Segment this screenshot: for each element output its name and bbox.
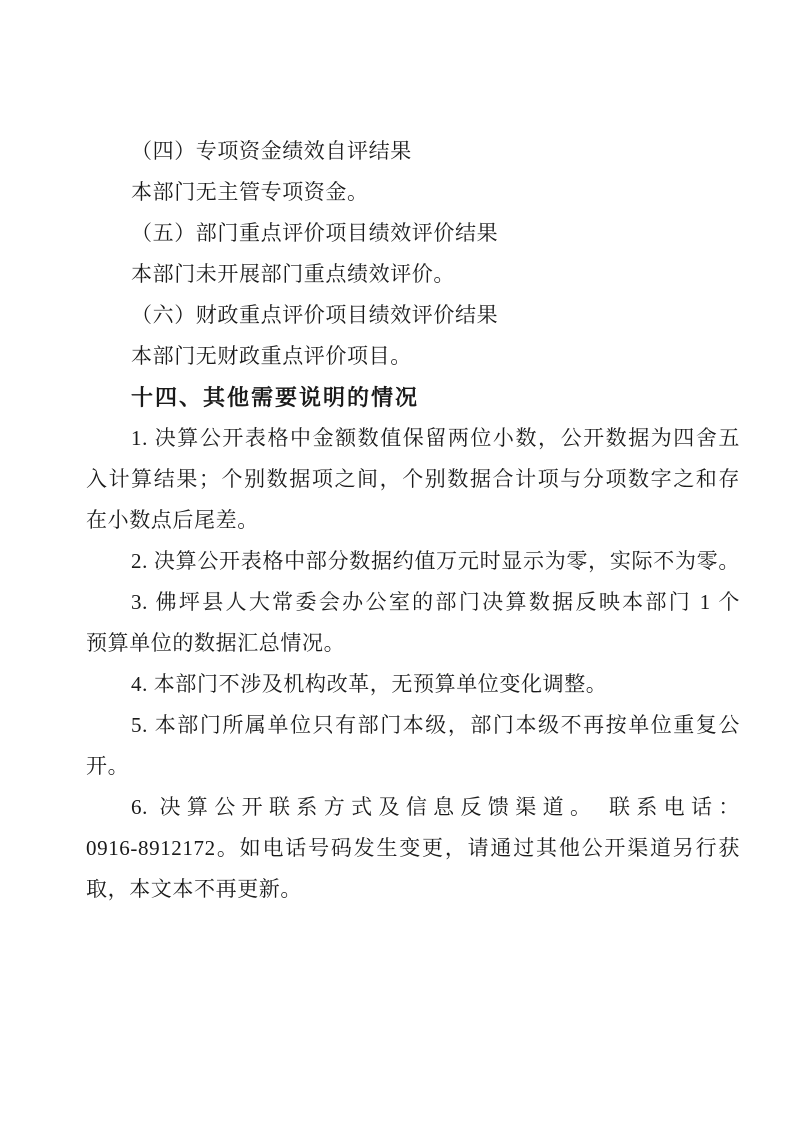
- para-note2: 2. 决算公开表格中部分数据约值万元时显示为零，实际不为零。: [86, 541, 740, 582]
- subsection-heading-5: （五）部门重点评价项目绩效评价结果: [86, 213, 740, 254]
- para-note1-line2: 入计算结果；个别数据项之间，个别数据合计项与分项数字之和存: [86, 459, 740, 500]
- para-note5-line2: 开。: [86, 746, 740, 787]
- subsection-heading-4: （四）专项资金绩效自评结果: [86, 131, 740, 172]
- subsection-heading-6: （六）财政重点评价项目绩效评价结果: [86, 295, 740, 336]
- para-note6-line1: 6. 决算公开联系方式及信息反馈渠道。 联系电话：: [86, 787, 740, 828]
- para-note3-line1: 3. 佛坪县人大常委会办公室的部门决算数据反映本部门 1 个: [86, 582, 740, 623]
- para-no-finance-evaluation: 本部门无财政重点评价项目。: [86, 336, 740, 377]
- para-note1-line1: 1. 决算公开表格中金额数值保留两位小数，公开数据为四舍五: [86, 418, 740, 459]
- para-note6-line3: 取，本文本不再更新。: [86, 869, 740, 910]
- para-no-special-funds: 本部门无主管专项资金。: [86, 172, 740, 213]
- document-page: （四）专项资金绩效自评结果 本部门无主管专项资金。 （五）部门重点评价项目绩效评…: [0, 0, 793, 1122]
- section-heading-14: 十四、其他需要说明的情况: [86, 377, 740, 418]
- para-note3-line2: 预算单位的数据汇总情况。: [86, 623, 740, 664]
- document-body: （四）专项资金绩效自评结果 本部门无主管专项资金。 （五）部门重点评价项目绩效评…: [86, 131, 740, 910]
- para-note6-line2: 0916-8912172。如电话号码发生变更，请通过其他公开渠道另行获: [86, 828, 740, 869]
- para-note5-line1: 5. 本部门所属单位只有部门本级，部门本级不再按单位重复公: [86, 705, 740, 746]
- para-note4: 4. 本部门不涉及机构改革，无预算单位变化调整。: [86, 664, 740, 705]
- para-no-dept-evaluation: 本部门未开展部门重点绩效评价。: [86, 254, 740, 295]
- para-note1-line3: 在小数点后尾差。: [86, 500, 740, 541]
